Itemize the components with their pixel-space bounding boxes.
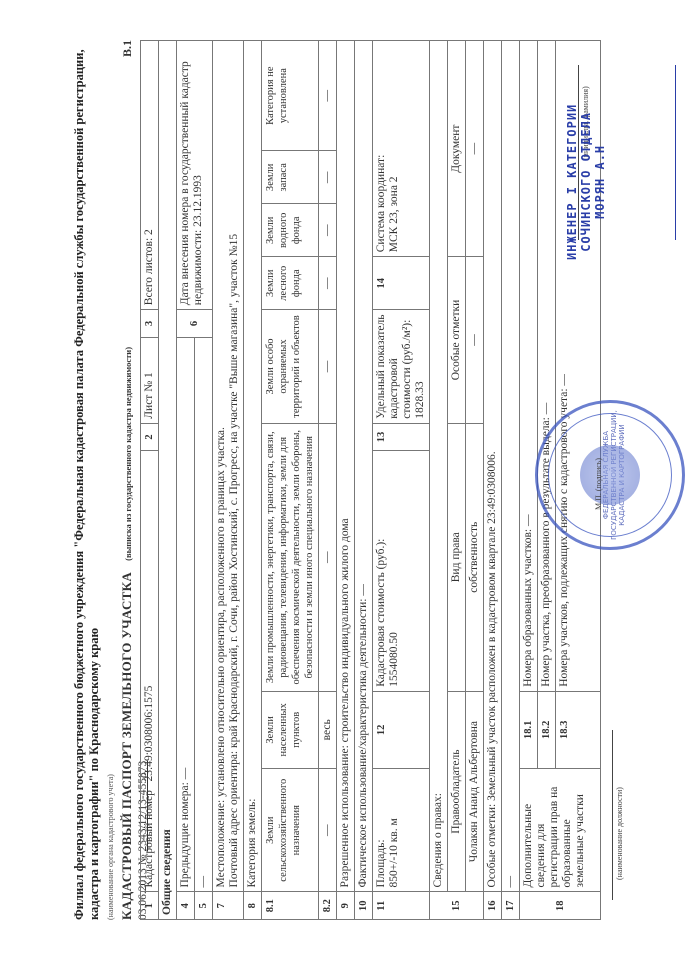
table-row: 7 Местоположение: установлено относитель…: [213, 41, 244, 920]
land-category: Земли лесного фонда: [262, 257, 319, 310]
table-row: Чолакян Анаид Альбертовна собственность …: [466, 41, 484, 920]
table-row: 4 Предыдущие номера: — 6 Дата внесения н…: [177, 41, 195, 920]
land-category-label: Категория земель:: [244, 41, 262, 892]
area-value: 850+/-10 кв. м: [388, 773, 401, 887]
specific-cost-cell: Удельный показатель кадастровой стоимост…: [373, 310, 430, 424]
organization-caption: (наименование органа кадастрового учета): [103, 40, 118, 920]
cadastral-number: 23:49:0308006:1575: [143, 686, 155, 782]
permitted-use: Разрешенное использование: строительство…: [337, 41, 355, 892]
land-category-value: —: [319, 41, 337, 151]
number-entry-date: Дата внесения номера в государственный к…: [177, 41, 213, 310]
document-title-note: (выписка из государственного кадастра не…: [123, 347, 133, 561]
land-category: Земли водного фонда: [262, 204, 319, 257]
cadastral-cost-value: 1554080.50: [388, 455, 401, 686]
table-row: 16 Особые отметки: Земельный участок рас…: [484, 41, 502, 920]
official-seal: ФЕДЕРАЛЬНАЯ СЛУЖБА ГОСУДАРСТВЕННОЙ РЕГИС…: [535, 400, 685, 550]
table-row: 11 Площадь: 850+/-10 кв. м 12 Кадастрова…: [373, 41, 430, 920]
land-category: Земли сельскохозяйственного назначения: [262, 768, 319, 891]
table-row: 8 Категория земель:: [244, 41, 262, 920]
previous-numbers: Предыдущие номера: —: [177, 337, 195, 892]
right-holder: Чолакян Анаид Альбертовна: [466, 691, 484, 892]
organization-name: Филиал федерального государственного бюд…: [72, 40, 102, 920]
stamp-underline: [675, 65, 676, 240]
coordinate-system-cell: Система координат: МСК 23, зона 2: [373, 41, 430, 257]
table-row: 1 Кадастровый номер 23:49:0308006:1575 2…: [141, 41, 159, 920]
land-category-value: —: [319, 768, 337, 891]
land-category-value: —: [319, 310, 337, 424]
land-category-value: —: [319, 423, 337, 691]
signature-caption: М.П. (подпись): [594, 458, 603, 510]
additional-info-label: Дополнительные сведения для регистрации …: [520, 768, 601, 891]
passport-table: 1 Кадастровый номер 23:49:0308006:1575 2…: [140, 40, 601, 920]
section-general: Общие сведения: [159, 41, 177, 920]
cadastral-cost-cell: Кадастровая стоимость (руб.): 1554080.50: [373, 451, 430, 691]
right-notes: —: [466, 257, 484, 424]
land-category-value: —: [319, 204, 337, 257]
table-row: 17 —: [502, 41, 520, 920]
table-row: 15 Сведения о правах:: [430, 41, 448, 920]
special-notes: Особые отметки: Земельный участок распол…: [484, 41, 502, 892]
sheet-code: В.1: [120, 40, 135, 57]
engineer-stamp: ИНЖЕНЕР I КАТЕГОРИИ СОЧИНСКОГО ОТДЕЛА МО…: [565, 104, 607, 260]
rights-header: Документ: [448, 41, 466, 257]
land-category: Земли особо охраняемых территорий и объе…: [262, 310, 319, 424]
land-category-value: —: [319, 257, 337, 310]
document-title: КАДАСТРОВЫЙ ПАСПОРТ ЗЕМЕЛЬНОГО УЧАСТКА: [119, 572, 134, 920]
rights-header: Правообладатель: [448, 691, 466, 892]
land-category: Земли населенных пунктов: [262, 691, 319, 768]
table-row: 10 Фактическое использование/характерист…: [355, 41, 373, 920]
transformed-parcel: Номер участка, преобразованного в резуль…: [538, 41, 556, 692]
table-row: Общие сведения: [159, 41, 177, 920]
table-row: 9 Разрешенное использование: строительст…: [337, 41, 355, 920]
formed-parcels: Номера образованных участков: —: [520, 41, 538, 692]
position-caption: (наименование должности): [615, 787, 624, 880]
actual-use: Фактическое использование/характеристика…: [355, 41, 373, 892]
coordinate-system-value: МСК 23, зона 2: [388, 45, 401, 252]
rights-header: Особые отметки: [448, 257, 466, 424]
table-row: 8.2 — весь — — — — — —: [319, 41, 337, 920]
postal-address: Почтовый адрес ориентира: край Краснодар…: [228, 45, 241, 887]
row-number: 1: [141, 892, 159, 920]
table-row: 8.1 Земли сельскохозяйственного назначен…: [262, 41, 319, 920]
area-cell: Площадь: 850+/-10 кв. м: [373, 768, 430, 891]
right-document: —: [466, 41, 484, 257]
rights-header: Вид права: [448, 423, 466, 691]
position-line: [612, 730, 613, 900]
land-category: Земли запаса: [262, 151, 319, 204]
land-category-value: —: [319, 151, 337, 204]
land-category: Земли промышленности, энергетики, трансп…: [262, 423, 319, 691]
document-page: Филиал федерального государственного бюд…: [0, 0, 700, 960]
land-category: Категория не установлена: [262, 41, 319, 151]
location: Местоположение: установлено относительно…: [213, 41, 244, 892]
right-type: собственность: [466, 423, 484, 691]
cadastral-number-cell: Кадастровый номер 23:49:0308006:1575: [141, 451, 159, 892]
land-category-value: весь: [319, 691, 337, 768]
sheet-number: Лист № 1: [141, 337, 159, 423]
table-row: Правообладатель Вид права Особые отметки…: [448, 41, 466, 920]
specific-cost-value: 1828.33: [414, 314, 427, 419]
rights-title: Сведения о правах:: [430, 41, 448, 892]
total-sheets: Всего листов: 2: [141, 41, 159, 310]
